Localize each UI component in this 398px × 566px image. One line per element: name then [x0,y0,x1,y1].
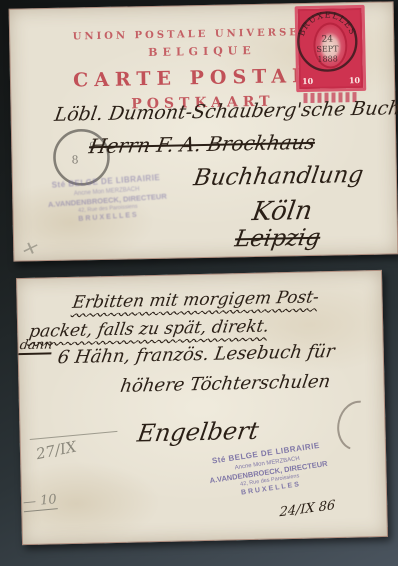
company-stamp-top-card: Sté BELGE DE LIBRAIRIE Ancne Mon MERZBAC… [31,172,184,228]
message-line-4: höhere Töchterschulen [119,371,332,397]
stamp-denomination-right: 10 [349,75,360,85]
stamp-denomination-left: 10 [302,76,313,86]
address-line-5: Leipzig [233,225,322,253]
top-postcard: UNION POSTALE UNIVERSELLE BELGIQUE CARTE… [9,1,398,261]
photo-background: UNION POSTALE UNIVERSELLE BELGIQUE CARTE… [0,0,398,566]
message-line-3: 6 Hähn, französ. Lesebuch für [56,341,336,368]
postmark-month: SEPT [316,44,339,53]
bottom-postcard: Erbitten mit morgigem Post- packet, fall… [16,270,388,545]
address-line-3: Buchhandlung [192,162,365,191]
address-line-4: Köln [250,196,314,227]
message-line-2: packet, falls zu spät, direkt. [28,316,271,342]
address-line-2: Herrn F. A. Brockhaus [87,130,317,158]
pencil-x-mark: ✕ [19,237,38,261]
signature: Engelbert [135,417,260,448]
cancel-postmark: BRUXELLES 24 SEPT 1888 [294,8,361,75]
margin-word: dann [18,337,53,355]
message-line-1: Erbitten mit morgigem Post- [71,287,320,313]
company-stamp-bottom-card: Sté BELGE DE LIBRAIRIE Ancne Mon MERZBAC… [186,437,351,505]
arrival-digit-mid: 8 [71,153,78,166]
date-note: 24/IX 86 [279,498,335,520]
pencil-number: — 10 [22,492,57,512]
postmark-day: 24 [321,34,333,44]
pencil-date: 27/IX [35,437,78,463]
postmark-year: 1888 [317,54,338,63]
